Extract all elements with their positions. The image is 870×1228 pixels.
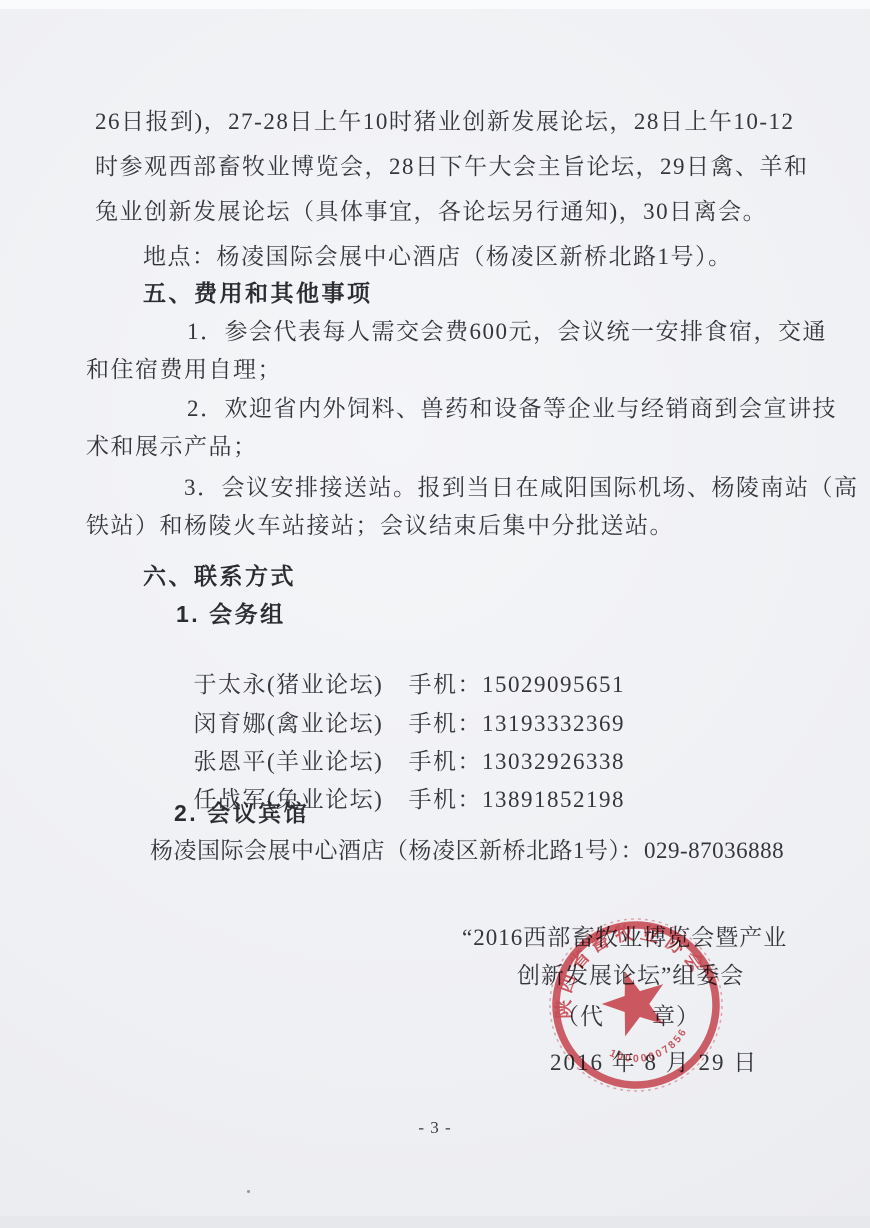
official-seal-stamp: 陕西省畜牧业协会 10000007856 xyxy=(547,916,727,1098)
fees-item2-line1: 2．欢迎省内外饲料、兽药和设备等企业与经销商到会宣讲技 xyxy=(187,395,837,424)
fees-item3-line1: 3．会议安排接送站。报到当日在咸阳国际机场、杨陵南站（高 xyxy=(184,474,859,503)
section-contact-heading: 六、联系方式 xyxy=(143,562,296,591)
scan-edge-top xyxy=(0,0,870,9)
fees-item3-line2: 铁站）和杨陵火车站接站；会议结束后集中分批送站。 xyxy=(86,512,674,541)
seal-star-icon xyxy=(594,962,674,1040)
fees-item2-line2: 术和展示产品； xyxy=(86,433,258,462)
scan-speck xyxy=(247,1190,250,1193)
subheading-committee: 1. 会务组 xyxy=(176,600,286,629)
location-line: 地点：杨凌国际会展中心酒店（杨凌区新桥北路1号）。 xyxy=(143,243,733,272)
mobile-label: 手机： xyxy=(409,787,483,812)
page-number: - 3 - xyxy=(0,1118,870,1138)
fees-item1-line2: 和住宿费用自理； xyxy=(86,356,282,385)
hotel-line: 杨凌国际会展中心酒店（杨凌区新桥北路1号）：029-87036888 xyxy=(150,837,784,866)
fees-item1-line1: 1．参会代表每人需交会费600元，会议统一安排食宿，交通 xyxy=(187,318,827,347)
schedule-line-2: 时参观西部畜牧业博览会，28日下午大会主旨论坛，29日禽、羊和 xyxy=(95,153,809,182)
schedule-line-3: 兔业创新发展论坛（具体事宜，各论坛另行通知)，30日离会。 xyxy=(95,198,767,227)
scan-edge-bottom xyxy=(0,1216,870,1228)
schedule-line-1: 26日报到)，27-28日上午10时猪业创新发展论坛，28日上午10-12 xyxy=(95,108,794,137)
scanned-document-page: 26日报到)，27-28日上午10时猪业创新发展论坛，28日上午10-12 时参… xyxy=(0,0,870,1228)
subheading-hotel: 2. 会议宾馆 xyxy=(174,799,309,828)
section-fees-heading: 五、费用和其他事项 xyxy=(143,279,373,308)
contact-phone: 13891852198 xyxy=(482,787,625,812)
